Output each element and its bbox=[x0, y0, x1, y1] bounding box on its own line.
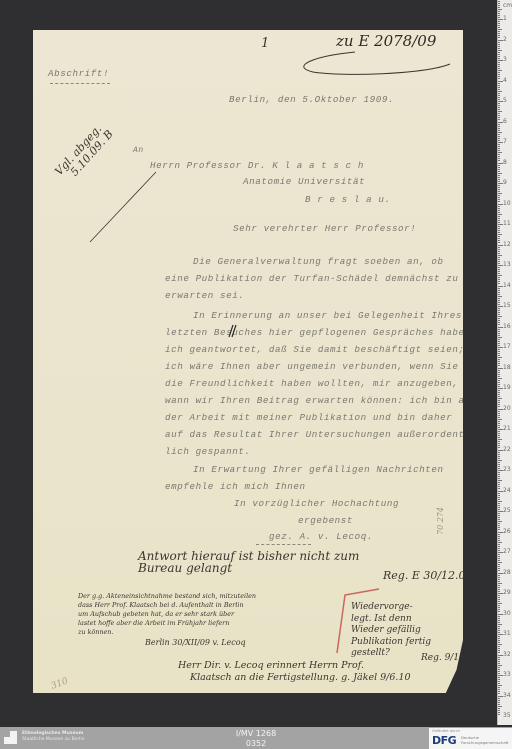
ruler-tick bbox=[498, 275, 502, 276]
ruler-tick bbox=[498, 380, 500, 381]
ruler-tick bbox=[498, 419, 502, 420]
ruler-tick bbox=[498, 105, 500, 106]
ruler-tick bbox=[498, 646, 500, 647]
ruler-tick bbox=[498, 396, 500, 397]
ruler-label: 26 bbox=[503, 529, 511, 535]
ruler-tick bbox=[498, 413, 500, 414]
ruler-tick bbox=[498, 351, 500, 352]
ruler-label: 9 bbox=[503, 180, 507, 186]
body-line: Die Generalverwaltung fragt soeben an, o… bbox=[193, 256, 444, 267]
ruler-label: 33 bbox=[503, 672, 511, 678]
ruler-label: 23 bbox=[503, 467, 511, 473]
ruler-tick bbox=[498, 320, 500, 321]
ruler-tick bbox=[498, 226, 500, 227]
ruler-tick bbox=[498, 13, 500, 14]
ruler-tick bbox=[498, 650, 500, 651]
handwritten-correction-mark bbox=[226, 324, 238, 338]
ruler-tick bbox=[498, 228, 500, 229]
ruler-tick bbox=[498, 95, 500, 96]
ruler-tick bbox=[498, 579, 500, 580]
ruler-tick bbox=[498, 11, 500, 12]
footer-bar: Ethnologisches Museum Staatliche Museen … bbox=[0, 727, 512, 749]
handwritten-note-2-sign: Berlin 30/XII/09 v. Lecoq bbox=[145, 637, 246, 649]
letter-page: Abschrift! 1 zu E 2078/09 Berlin, den 5.… bbox=[33, 30, 463, 693]
ruler-tick bbox=[498, 72, 500, 73]
ruler-tick bbox=[498, 109, 500, 110]
ruler-tick bbox=[498, 85, 500, 86]
ruler-tick bbox=[498, 603, 502, 604]
ruler-tick bbox=[498, 160, 500, 161]
ruler-label: 24 bbox=[503, 488, 511, 494]
ruler-tick bbox=[498, 23, 500, 24]
ruler-tick bbox=[498, 626, 500, 627]
ruler-label: 31 bbox=[503, 631, 511, 637]
body-line: wann wir Ihren Beitrag erwarten können: … bbox=[165, 395, 471, 406]
ruler-tick bbox=[498, 148, 500, 149]
ruler-label: 18 bbox=[503, 365, 511, 371]
ruler-unit-label: cm bbox=[503, 3, 512, 9]
ruler-tick bbox=[498, 169, 500, 170]
ruler-tick bbox=[498, 210, 500, 211]
ruler-tick bbox=[498, 406, 500, 407]
ruler-tick bbox=[498, 404, 500, 405]
museum-logo-icon bbox=[4, 731, 17, 744]
museum-name-line-2: Staatliche Museen zu Berlin bbox=[22, 737, 85, 743]
ruler-tick bbox=[498, 25, 500, 26]
ruler-tick bbox=[498, 687, 500, 688]
ruler-tick bbox=[498, 390, 500, 391]
ruler-tick bbox=[498, 269, 500, 270]
pencil-page-number: 310 bbox=[49, 675, 69, 692]
ruler-tick bbox=[498, 277, 500, 278]
ruler-tick bbox=[498, 281, 500, 282]
ruler-tick bbox=[498, 503, 500, 504]
ruler-tick bbox=[498, 56, 500, 57]
body-line: eine Publikation der Turfan-Schädel demn… bbox=[165, 273, 458, 284]
ruler-tick bbox=[498, 279, 500, 280]
note-4-line: Herr Dir. v. Lecoq erinnert Herrn Prof. bbox=[178, 660, 411, 672]
ruler-tick bbox=[498, 476, 500, 477]
ruler-tick bbox=[498, 577, 500, 578]
ruler-tick bbox=[498, 392, 500, 393]
ruler-tick bbox=[498, 507, 500, 508]
ruler-tick bbox=[498, 683, 500, 684]
sponsor-label: Gefördert durch bbox=[432, 729, 460, 733]
ruler: cm 1234567891011121314151617181920212223… bbox=[497, 0, 512, 725]
ruler-label: 28 bbox=[503, 570, 511, 576]
ruler-tick bbox=[498, 138, 500, 139]
catalog-info: I/MV 1268 0352 bbox=[215, 729, 297, 749]
dfg-sponsor-badge: Gefördert durch DFG Deutsche Forschungsg… bbox=[429, 728, 512, 749]
ruler-tick bbox=[498, 509, 500, 510]
ruler-tick bbox=[498, 54, 500, 55]
ruler-tick bbox=[498, 259, 500, 260]
ruler-tick bbox=[498, 679, 500, 680]
ruler-tick bbox=[498, 197, 500, 198]
ruler-tick bbox=[498, 589, 500, 590]
ruler-tick bbox=[498, 21, 500, 22]
ruler-tick bbox=[498, 52, 500, 53]
ruler-label: 30 bbox=[503, 611, 511, 617]
ruler-label: 2 bbox=[503, 37, 507, 43]
ruler-tick bbox=[498, 474, 500, 475]
body-line: erwarten sei. bbox=[165, 290, 244, 301]
ruler-tick bbox=[498, 93, 500, 94]
ruler-tick bbox=[498, 128, 500, 129]
ruler-tick bbox=[498, 144, 500, 145]
ruler-tick bbox=[498, 447, 500, 448]
ruler-tick bbox=[498, 29, 502, 30]
ruler-tick bbox=[498, 154, 500, 155]
ruler-tick bbox=[498, 201, 500, 202]
ruler-tick bbox=[498, 345, 500, 346]
catalog-id: I/MV 1268 bbox=[215, 729, 297, 739]
ruler-tick bbox=[498, 349, 500, 350]
ruler-tick bbox=[498, 607, 500, 608]
ruler-tick bbox=[498, 394, 500, 395]
ruler-tick bbox=[498, 171, 500, 172]
ruler-tick bbox=[498, 691, 500, 692]
ruler-tick bbox=[498, 505, 500, 506]
ruler-tick bbox=[498, 353, 500, 354]
margin-note-stroke bbox=[88, 170, 158, 245]
ruler-label: 12 bbox=[503, 242, 511, 248]
ruler-tick bbox=[498, 158, 500, 159]
ruler-tick bbox=[498, 218, 500, 219]
ruler-tick bbox=[498, 597, 500, 598]
ruler-tick bbox=[498, 665, 502, 666]
ruler-tick bbox=[498, 452, 500, 453]
ruler-tick bbox=[498, 583, 502, 584]
ruler-tick bbox=[498, 702, 500, 703]
ruler-tick bbox=[498, 400, 500, 401]
ruler-tick bbox=[498, 677, 500, 678]
body-line: In Erwartung Ihrer gefälligen Nachrichte… bbox=[193, 464, 444, 475]
ruler-tick bbox=[498, 300, 500, 301]
ruler-tick bbox=[498, 189, 500, 190]
ruler-label: 14 bbox=[503, 283, 511, 289]
ruler-label: 20 bbox=[503, 406, 511, 412]
ruler-tick bbox=[498, 257, 500, 258]
ruler-tick bbox=[498, 435, 500, 436]
ruler-tick bbox=[498, 659, 500, 660]
ruler-tick bbox=[498, 156, 500, 157]
ruler-tick bbox=[498, 488, 500, 489]
ruler-tick bbox=[498, 185, 500, 186]
ruler-tick bbox=[498, 693, 500, 694]
ruler-tick bbox=[498, 78, 500, 79]
ruler-tick bbox=[498, 536, 500, 537]
ruler-tick bbox=[498, 517, 500, 518]
ruler-tick bbox=[498, 365, 500, 366]
ruler-tick bbox=[498, 107, 500, 108]
ruler-tick bbox=[498, 357, 502, 358]
ruler-tick bbox=[498, 87, 500, 88]
ruler-label: 22 bbox=[503, 447, 511, 453]
ruler-tick bbox=[498, 585, 500, 586]
ruler-tick bbox=[498, 329, 500, 330]
copy-mark-underline bbox=[50, 83, 110, 84]
sponsor-name-line-2: Forschungsgemeinschaft bbox=[461, 740, 508, 745]
ruler-tick bbox=[498, 402, 500, 403]
ruler-tick bbox=[498, 421, 500, 422]
ruler-tick bbox=[498, 386, 500, 387]
ruler-label: 11 bbox=[503, 221, 511, 227]
note-3-line: gestellt? bbox=[351, 648, 431, 660]
ruler-tick bbox=[498, 48, 500, 49]
copy-mark: Abschrift! bbox=[48, 68, 109, 79]
address-line-2: Anatomie Universität bbox=[243, 176, 365, 187]
ruler-tick bbox=[498, 482, 500, 483]
ruler-tick bbox=[498, 355, 500, 356]
ruler-tick bbox=[498, 376, 500, 377]
ruler-tick bbox=[498, 689, 500, 690]
ruler-label: 16 bbox=[503, 324, 511, 330]
ruler-tick bbox=[498, 601, 500, 602]
ruler-tick bbox=[498, 66, 500, 67]
ruler-tick bbox=[498, 499, 500, 500]
ruler-tick bbox=[498, 310, 500, 311]
body-line: lich gespannt. bbox=[165, 446, 251, 457]
handwritten-note-1-sign: Reg. E 30/12.09 bbox=[383, 570, 473, 582]
body-line: letzten Besuches hier gepflogenen Gesprä… bbox=[165, 327, 465, 338]
body-line: empfehle ich mich Ihnen bbox=[165, 481, 306, 492]
ruler-tick bbox=[498, 308, 500, 309]
ruler-tick bbox=[498, 89, 500, 90]
ruler-tick bbox=[498, 372, 500, 373]
ruler-tick bbox=[498, 316, 502, 317]
ruler-label: 6 bbox=[503, 119, 507, 125]
ruler-tick bbox=[498, 638, 500, 639]
ruler-tick bbox=[498, 708, 500, 709]
ruler-tick bbox=[498, 42, 500, 43]
ruler-tick bbox=[498, 253, 500, 254]
ruler-tick bbox=[498, 685, 502, 686]
ruler-tick bbox=[498, 341, 500, 342]
ruler-tick bbox=[498, 208, 500, 209]
page-id: 0352 bbox=[215, 739, 297, 749]
ruler-tick bbox=[498, 206, 500, 207]
ruler-tick bbox=[498, 630, 500, 631]
note-3-line: Wiedervorge- bbox=[351, 602, 431, 614]
ruler-label: 10 bbox=[503, 201, 511, 207]
ruler-tick bbox=[498, 663, 500, 664]
handwritten-note-4: Herr Dir. v. Lecoq erinnert Herrn Prof. … bbox=[178, 660, 411, 684]
ruler-tick bbox=[498, 378, 502, 379]
ruler-tick bbox=[498, 212, 500, 213]
ruler-tick bbox=[498, 673, 500, 674]
ruler-tick bbox=[498, 242, 500, 243]
ruler-tick bbox=[498, 288, 500, 289]
ruler-tick bbox=[498, 427, 500, 428]
ruler-tick bbox=[498, 486, 500, 487]
note-2-line: dass Herr Prof. Klaatsch bei d. Aufentha… bbox=[78, 601, 256, 610]
ruler-tick bbox=[498, 181, 500, 182]
ruler-label: 1 bbox=[503, 16, 507, 22]
ruler-tick bbox=[498, 1, 500, 2]
ruler-tick bbox=[498, 454, 500, 455]
ruler-tick bbox=[498, 425, 500, 426]
handwritten-note-3-sign: Reg. 9/10 bbox=[421, 652, 465, 664]
ruler-tick bbox=[498, 712, 500, 713]
ruler-tick bbox=[498, 462, 500, 463]
ruler-tick bbox=[498, 3, 500, 4]
ruler-tick bbox=[498, 333, 500, 334]
ruler-tick bbox=[498, 322, 500, 323]
ruler-tick bbox=[498, 657, 500, 658]
ruler-tick bbox=[498, 175, 500, 176]
ruler-tick bbox=[498, 150, 500, 151]
ruler-label: 3 bbox=[503, 57, 507, 63]
ruler-tick bbox=[498, 187, 500, 188]
ruler-tick bbox=[498, 587, 500, 588]
ruler-tick bbox=[498, 423, 500, 424]
ruler-tick bbox=[498, 458, 500, 459]
ruler-tick bbox=[498, 292, 500, 293]
closing-regards: ergebenst bbox=[298, 515, 353, 526]
ruler-tick bbox=[498, 236, 500, 237]
ruler-tick bbox=[498, 544, 500, 545]
note-2-line: lastet hoffe aber die Arbeit im Frühjahr… bbox=[78, 619, 256, 628]
ruler-tick bbox=[498, 74, 500, 75]
ruler-tick bbox=[498, 177, 500, 178]
ruler-tick bbox=[498, 124, 500, 125]
ruler-tick bbox=[498, 370, 500, 371]
ruler-tick bbox=[498, 216, 500, 217]
signature: gez. A. v. Lecoq. bbox=[269, 531, 373, 542]
ruler-tick bbox=[498, 222, 500, 223]
ruler-tick bbox=[498, 468, 500, 469]
ruler-tick bbox=[498, 642, 500, 643]
date-line: Berlin, den 5.Oktober 1909. bbox=[229, 94, 394, 105]
ruler-tick bbox=[498, 165, 500, 166]
address-line-3: B r e s l a u. bbox=[305, 194, 391, 205]
ruler-tick bbox=[498, 83, 500, 84]
ruler-tick bbox=[498, 710, 500, 711]
ruler-tick bbox=[498, 411, 500, 412]
ruler-tick bbox=[498, 706, 502, 707]
ruler-tick bbox=[498, 339, 500, 340]
ruler-tick bbox=[498, 132, 502, 133]
ruler-tick bbox=[498, 130, 500, 131]
ruler-tick bbox=[498, 493, 500, 494]
ruler-tick bbox=[498, 570, 500, 571]
ruler-tick bbox=[498, 382, 500, 383]
ruler-tick bbox=[498, 564, 500, 565]
ruler-tick bbox=[498, 35, 500, 36]
ruler-tick bbox=[498, 620, 500, 621]
ruler-tick bbox=[498, 331, 500, 332]
ruler-tick bbox=[498, 115, 500, 116]
ruler-tick bbox=[498, 283, 500, 284]
ruler-tick bbox=[498, 113, 500, 114]
ruler-tick bbox=[498, 97, 500, 98]
margin-stamp: 70 274 bbox=[435, 507, 447, 535]
ruler-tick bbox=[498, 497, 500, 498]
ruler-tick bbox=[498, 431, 500, 432]
ruler-tick bbox=[498, 249, 500, 250]
file-reference-loop bbox=[295, 42, 455, 77]
ruler-tick bbox=[498, 263, 500, 264]
ruler-tick bbox=[498, 238, 500, 239]
note-1-line-2: Bureau gelangt bbox=[138, 562, 359, 574]
ruler-tick bbox=[498, 472, 500, 473]
ruler-tick bbox=[498, 433, 500, 434]
ruler-tick bbox=[498, 343, 500, 344]
ruler-tick bbox=[498, 415, 500, 416]
ruler-tick bbox=[498, 134, 500, 135]
ruler-tick bbox=[498, 667, 500, 668]
ruler-tick bbox=[498, 290, 500, 291]
dfg-logo-icon: DFG bbox=[432, 734, 456, 747]
ruler-tick bbox=[498, 698, 500, 699]
ruler-tick bbox=[498, 624, 502, 625]
ruler-tick bbox=[498, 704, 500, 705]
ruler-tick bbox=[498, 519, 500, 520]
ruler-tick bbox=[498, 595, 500, 596]
ruler-tick bbox=[498, 548, 500, 549]
ruler-label: 7 bbox=[503, 139, 507, 145]
ruler-tick bbox=[498, 50, 502, 51]
ruler-tick bbox=[498, 527, 500, 528]
ruler-tick bbox=[498, 337, 502, 338]
ruler-tick bbox=[498, 605, 500, 606]
ruler-tick bbox=[498, 628, 500, 629]
handwritten-note-3: Wiedervorge- legt. Ist denn Wieder gefäl… bbox=[351, 602, 431, 660]
body-line: In Erinnerung an unser bei Gelegenheit I… bbox=[193, 310, 462, 321]
handwritten-note-2: Der g.g. Akteneinsichtnahme bestand sich… bbox=[78, 592, 256, 637]
ruler-tick bbox=[498, 5, 500, 6]
ruler-tick bbox=[498, 437, 500, 438]
ruler-tick bbox=[498, 581, 500, 582]
ruler-tick bbox=[498, 384, 500, 385]
address-prefix: An bbox=[133, 145, 144, 156]
ruler-tick bbox=[498, 76, 500, 77]
ruler-label: 32 bbox=[503, 652, 511, 658]
body-line: ich wäre Ihnen aber ungemein verbunden, … bbox=[165, 361, 458, 372]
ruler-label: 27 bbox=[503, 549, 511, 555]
note-3-line: legt. Ist denn bbox=[351, 614, 431, 626]
ruler-tick bbox=[498, 193, 502, 194]
ruler-tick bbox=[498, 484, 500, 485]
ruler-label: 15 bbox=[503, 303, 511, 309]
ruler-tick bbox=[498, 17, 500, 18]
ruler-label: 25 bbox=[503, 508, 511, 514]
ruler-tick bbox=[498, 534, 500, 535]
ruler-tick bbox=[498, 618, 500, 619]
body-line: der Arbeit mit meiner Publikation und bi… bbox=[165, 412, 452, 423]
ruler-tick bbox=[498, 374, 500, 375]
ruler-tick bbox=[498, 261, 500, 262]
ruler-tick bbox=[498, 255, 502, 256]
ruler-tick bbox=[498, 632, 500, 633]
ruler-tick bbox=[498, 363, 500, 364]
ruler-tick bbox=[498, 271, 500, 272]
ruler-tick bbox=[498, 525, 500, 526]
note-2-line: um Aufschub gebeten hat, da er sehr star… bbox=[78, 610, 256, 619]
ruler-tick bbox=[498, 515, 500, 516]
ruler-tick bbox=[498, 68, 500, 69]
ruler-tick bbox=[498, 542, 502, 543]
ruler-tick bbox=[498, 609, 500, 610]
ruler-tick bbox=[498, 599, 500, 600]
ruler-tick bbox=[498, 648, 500, 649]
body-line: auf das Resultat Ihrer Untersuchungen au… bbox=[165, 429, 471, 440]
ruler-tick bbox=[498, 296, 502, 297]
ruler-label: 17 bbox=[503, 344, 511, 350]
ruler-tick bbox=[498, 466, 500, 467]
ruler-tick bbox=[498, 562, 502, 563]
